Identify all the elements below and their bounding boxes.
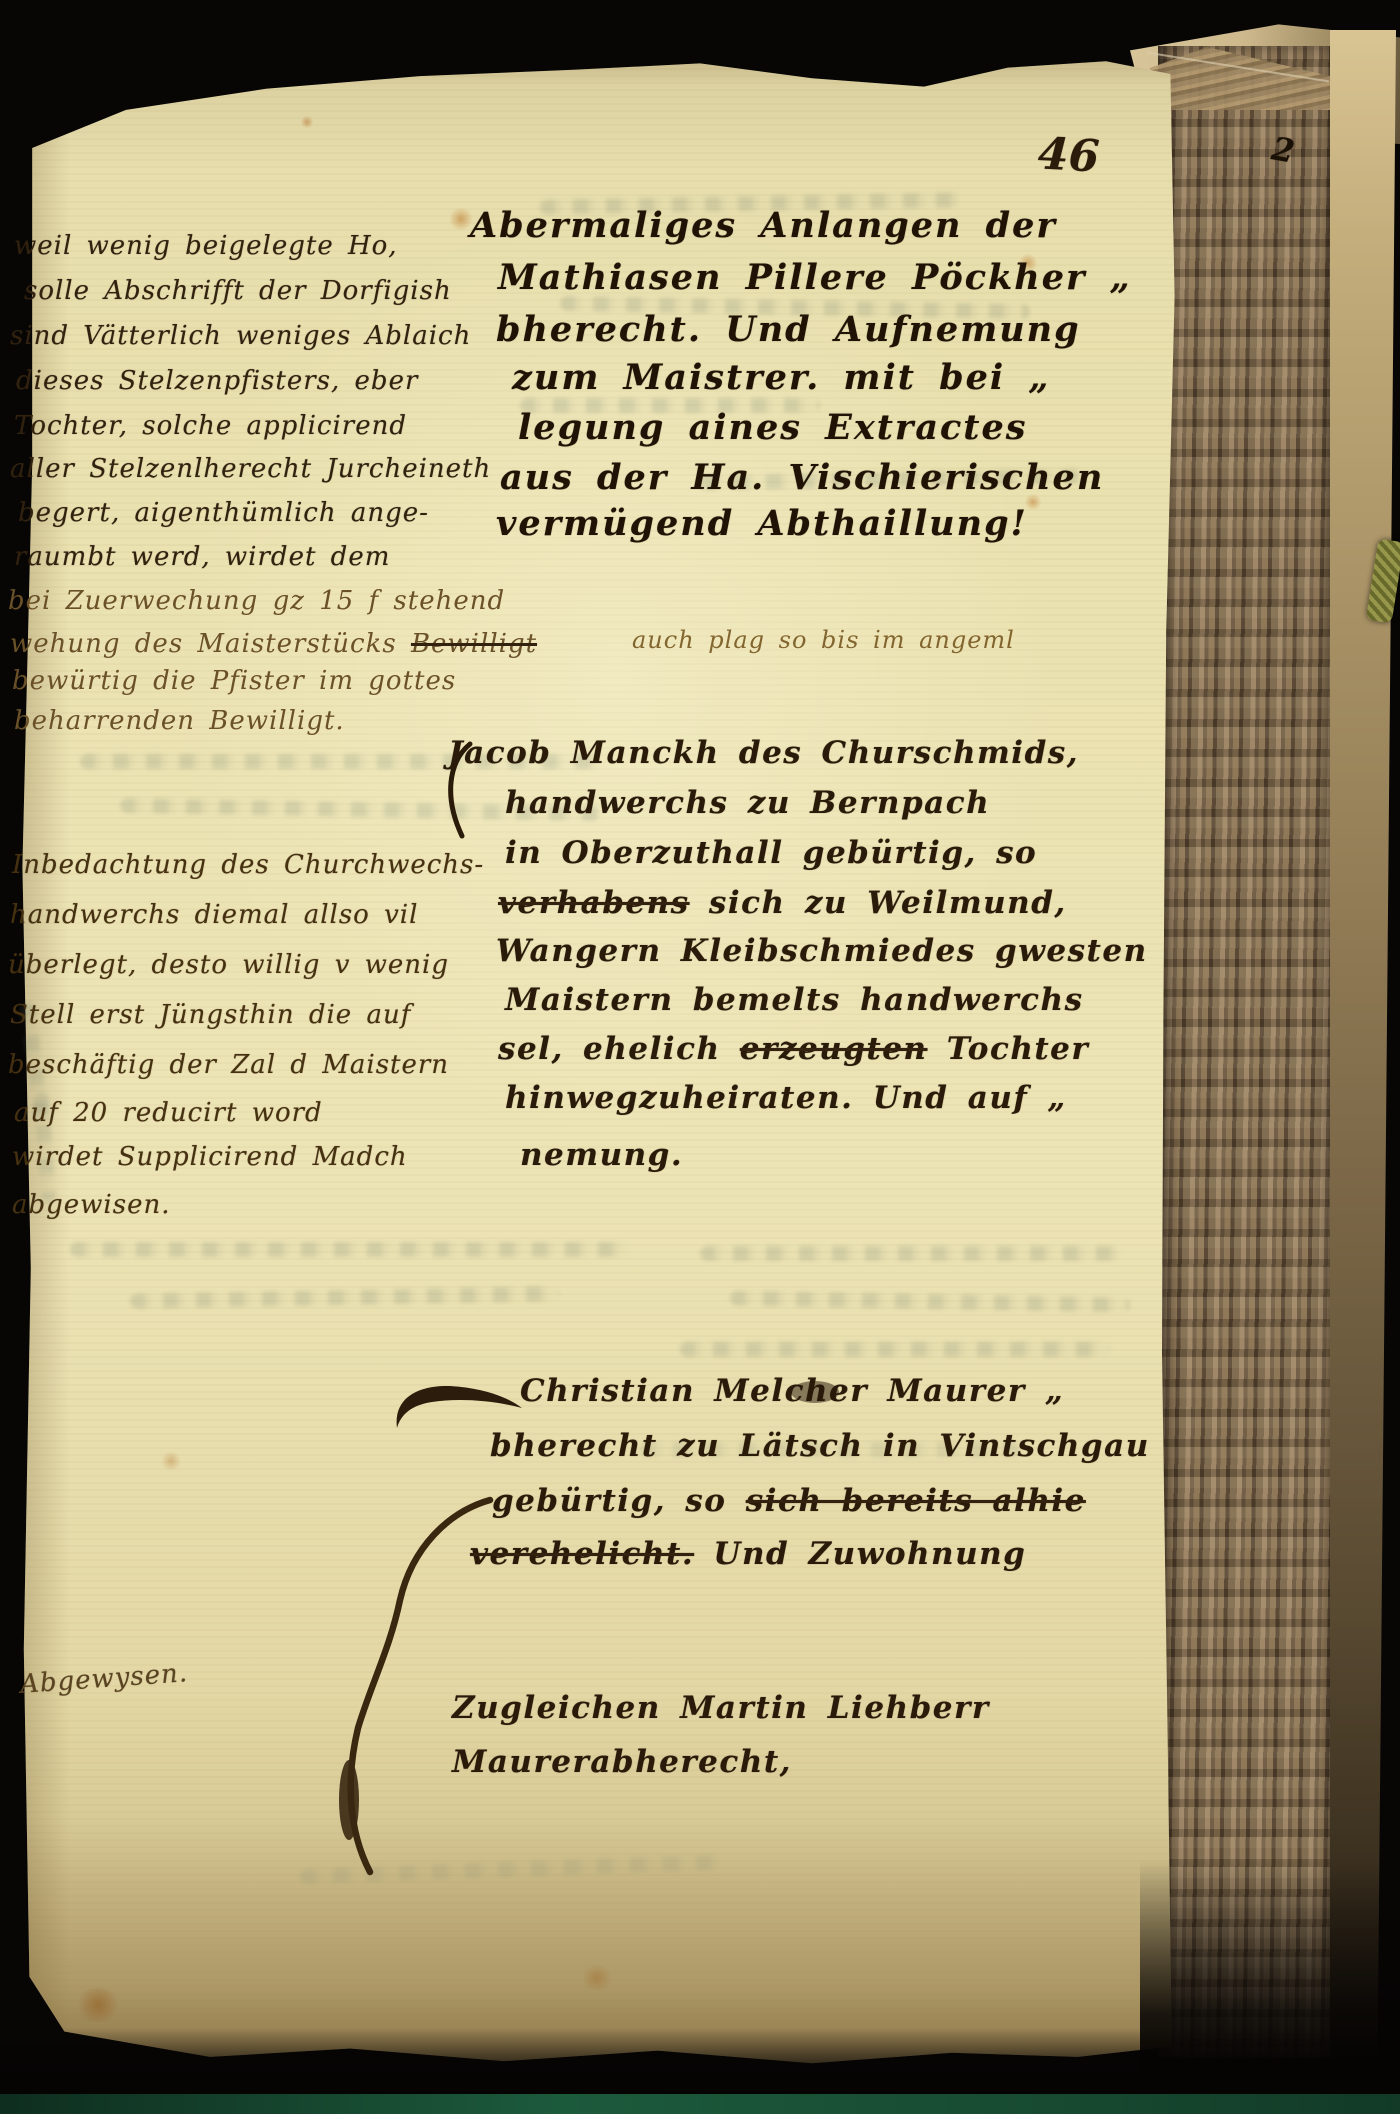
bleedthrough-mark [680,1342,1110,1357]
manuscript-line: hinwegzuheiraten. Und auf „ [505,1083,1067,1114]
manuscript-line: auch plag so bis im angeml [632,628,1015,652]
manuscript-line: solle Abschrifft der Dorfigish [24,278,452,304]
bleedthrough-mark [700,1246,1120,1261]
manuscript-line: aller Stelzenlherecht Jurcheineth [10,456,491,482]
manuscript-line: sind Vätterlich weniges Ablaich [10,323,471,349]
book-fore-edge [1158,46,1334,2058]
manuscript-line: Inbedachtung des Churchwechs- [12,852,484,878]
manuscript-line: beharrenden Bewilligt. [14,708,345,734]
entry-heading-line: bherecht. Und Aufnemung [496,312,1081,347]
paper-stain [160,1452,182,1470]
manuscript-line: Maurerabherecht, [452,1747,792,1778]
paper-stain [74,1988,122,2022]
manuscript-line: wirdet Supplicirend Madch [12,1144,408,1170]
entry-heading-line: Mathiasen Pillere Pöckher „ [498,260,1132,295]
entry-heading-line: aus der Ha. Vischierischen [500,460,1104,495]
manuscript-line: handwerchs diemal allso vil [10,902,418,928]
manuscript-line: Zugleichen Martin Liehberr [452,1693,990,1724]
table-surface [0,2094,1400,2114]
manuscript-line: wehung des Maisterstücks Bewilligt [10,631,537,657]
manuscript-line: Christian Melcher Maurer „ [520,1376,1064,1407]
entry-heading-line: vermügend Abthaillung! [496,506,1028,541]
manuscript-line: sel, ehelich erzeugten Tochter [498,1034,1089,1065]
manuscript-line: bewürtig die Pfister im gottes [12,668,456,694]
manuscript-line: bherecht zu Lätsch in Vintschgau [490,1431,1150,1462]
manuscript-line: auf 20 reducirt word [14,1100,323,1126]
manuscript-line: Tochter, solche applicirend [14,413,407,439]
manuscript-line: Stell erst Jüngsthin die auf [10,1002,411,1028]
manuscript-line: nemung. [520,1140,683,1171]
shadow-overlay [0,2028,1400,2098]
entry-heading-line: zum Maistrer. mit bei „ [512,360,1050,395]
manuscript-line: überlegt, desto willig v wenig [8,952,449,978]
manuscript-line: weil wenig beigelegte Ho, [14,233,398,259]
entry-heading-line: Abermaliges Anlangen der [470,208,1057,243]
manuscript-line: in Oberzuthall gebürtig, so [505,838,1037,869]
manuscript-line: dieses Stelzenpfisters, eber [16,368,418,394]
entry-heading-line: legung aines Extractes [518,410,1027,445]
manuscript-line: verhabens sich zu Weilmund, [498,888,1067,919]
manuscript-line: bei Zuerwechung gz 15 f stehend [8,588,505,614]
paper-stain [580,1966,614,1990]
underlying-page-edge [1330,30,1396,2064]
manuscript-line: abgewisen. [12,1192,170,1218]
manuscript-photo: weil wenig beigelegte Ho, solle Abschrif… [0,0,1400,2114]
bleedthrough-mark [70,1242,630,1257]
manuscript-line: beschäftig der Zal d Maistern [8,1052,449,1078]
manuscript-line: gebürtig, so sich bereits alhie [492,1486,1086,1517]
manuscript-line: Wangern Kleibschmiedes gwesten [496,936,1148,967]
manuscript-line: raumbt werd, wirdet dem [14,544,390,570]
folio-number: 46 [1037,132,1100,179]
manuscript-line: verehelicht. Und Zuwohnung [470,1539,1026,1570]
manuscript-line: begert, aigenthümlich ange- [18,500,429,526]
manuscript-line: handwerchs zu Bernpach [505,788,990,819]
manuscript-line: Maistern bemelts handwerchs [505,985,1084,1016]
paper-stain [300,116,314,128]
manuscript-line: Jacob Manckh des Churschmids, [448,738,1079,769]
